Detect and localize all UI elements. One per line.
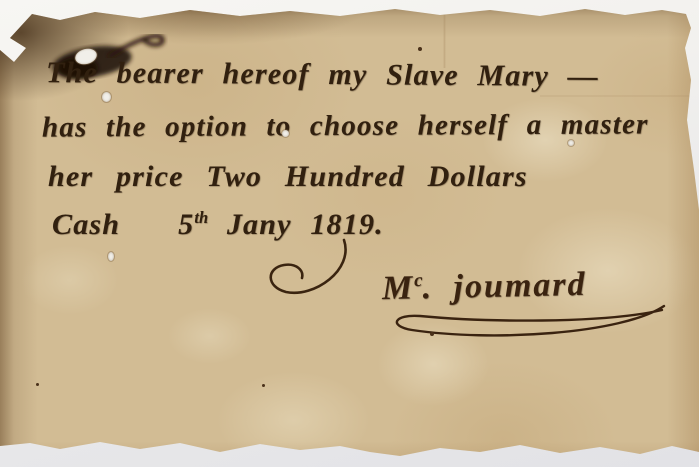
pen-flourish [252, 238, 372, 304]
date-text: 5th Jany 1819. [178, 208, 384, 241]
paper-hole [108, 252, 114, 261]
date-day-suffix: th [194, 208, 208, 227]
signature: Mc. joumard [382, 266, 587, 308]
ink-speck [262, 384, 265, 387]
handwritten-line-4: Cash5th Jany 1819. [52, 208, 384, 242]
ink-speck [430, 332, 434, 336]
handwritten-line-1: The bearer hereof my Slave Mary — [46, 56, 599, 94]
handwritten-line-2: has the option to choose herself a maste… [42, 108, 649, 144]
paper-hole [568, 140, 574, 146]
ink-speck [36, 383, 39, 386]
signature-initial: M [382, 269, 415, 307]
handwritten-line-3: her price Two Hundred Dollars [48, 160, 528, 194]
document-paper: The bearer hereof my Slave Mary — has th… [0, 0, 699, 467]
signature-name: . joumard [422, 266, 587, 306]
paper-crease [540, 95, 690, 97]
date-month-year: Jany 1819. [227, 208, 384, 241]
ink-speck [418, 47, 422, 51]
cash-word: Cash [52, 208, 120, 241]
paper-hole [282, 130, 289, 137]
date-day: 5 [178, 208, 194, 241]
paper-hole [102, 92, 111, 102]
photo-backdrop: The bearer hereof my Slave Mary — has th… [0, 0, 699, 467]
